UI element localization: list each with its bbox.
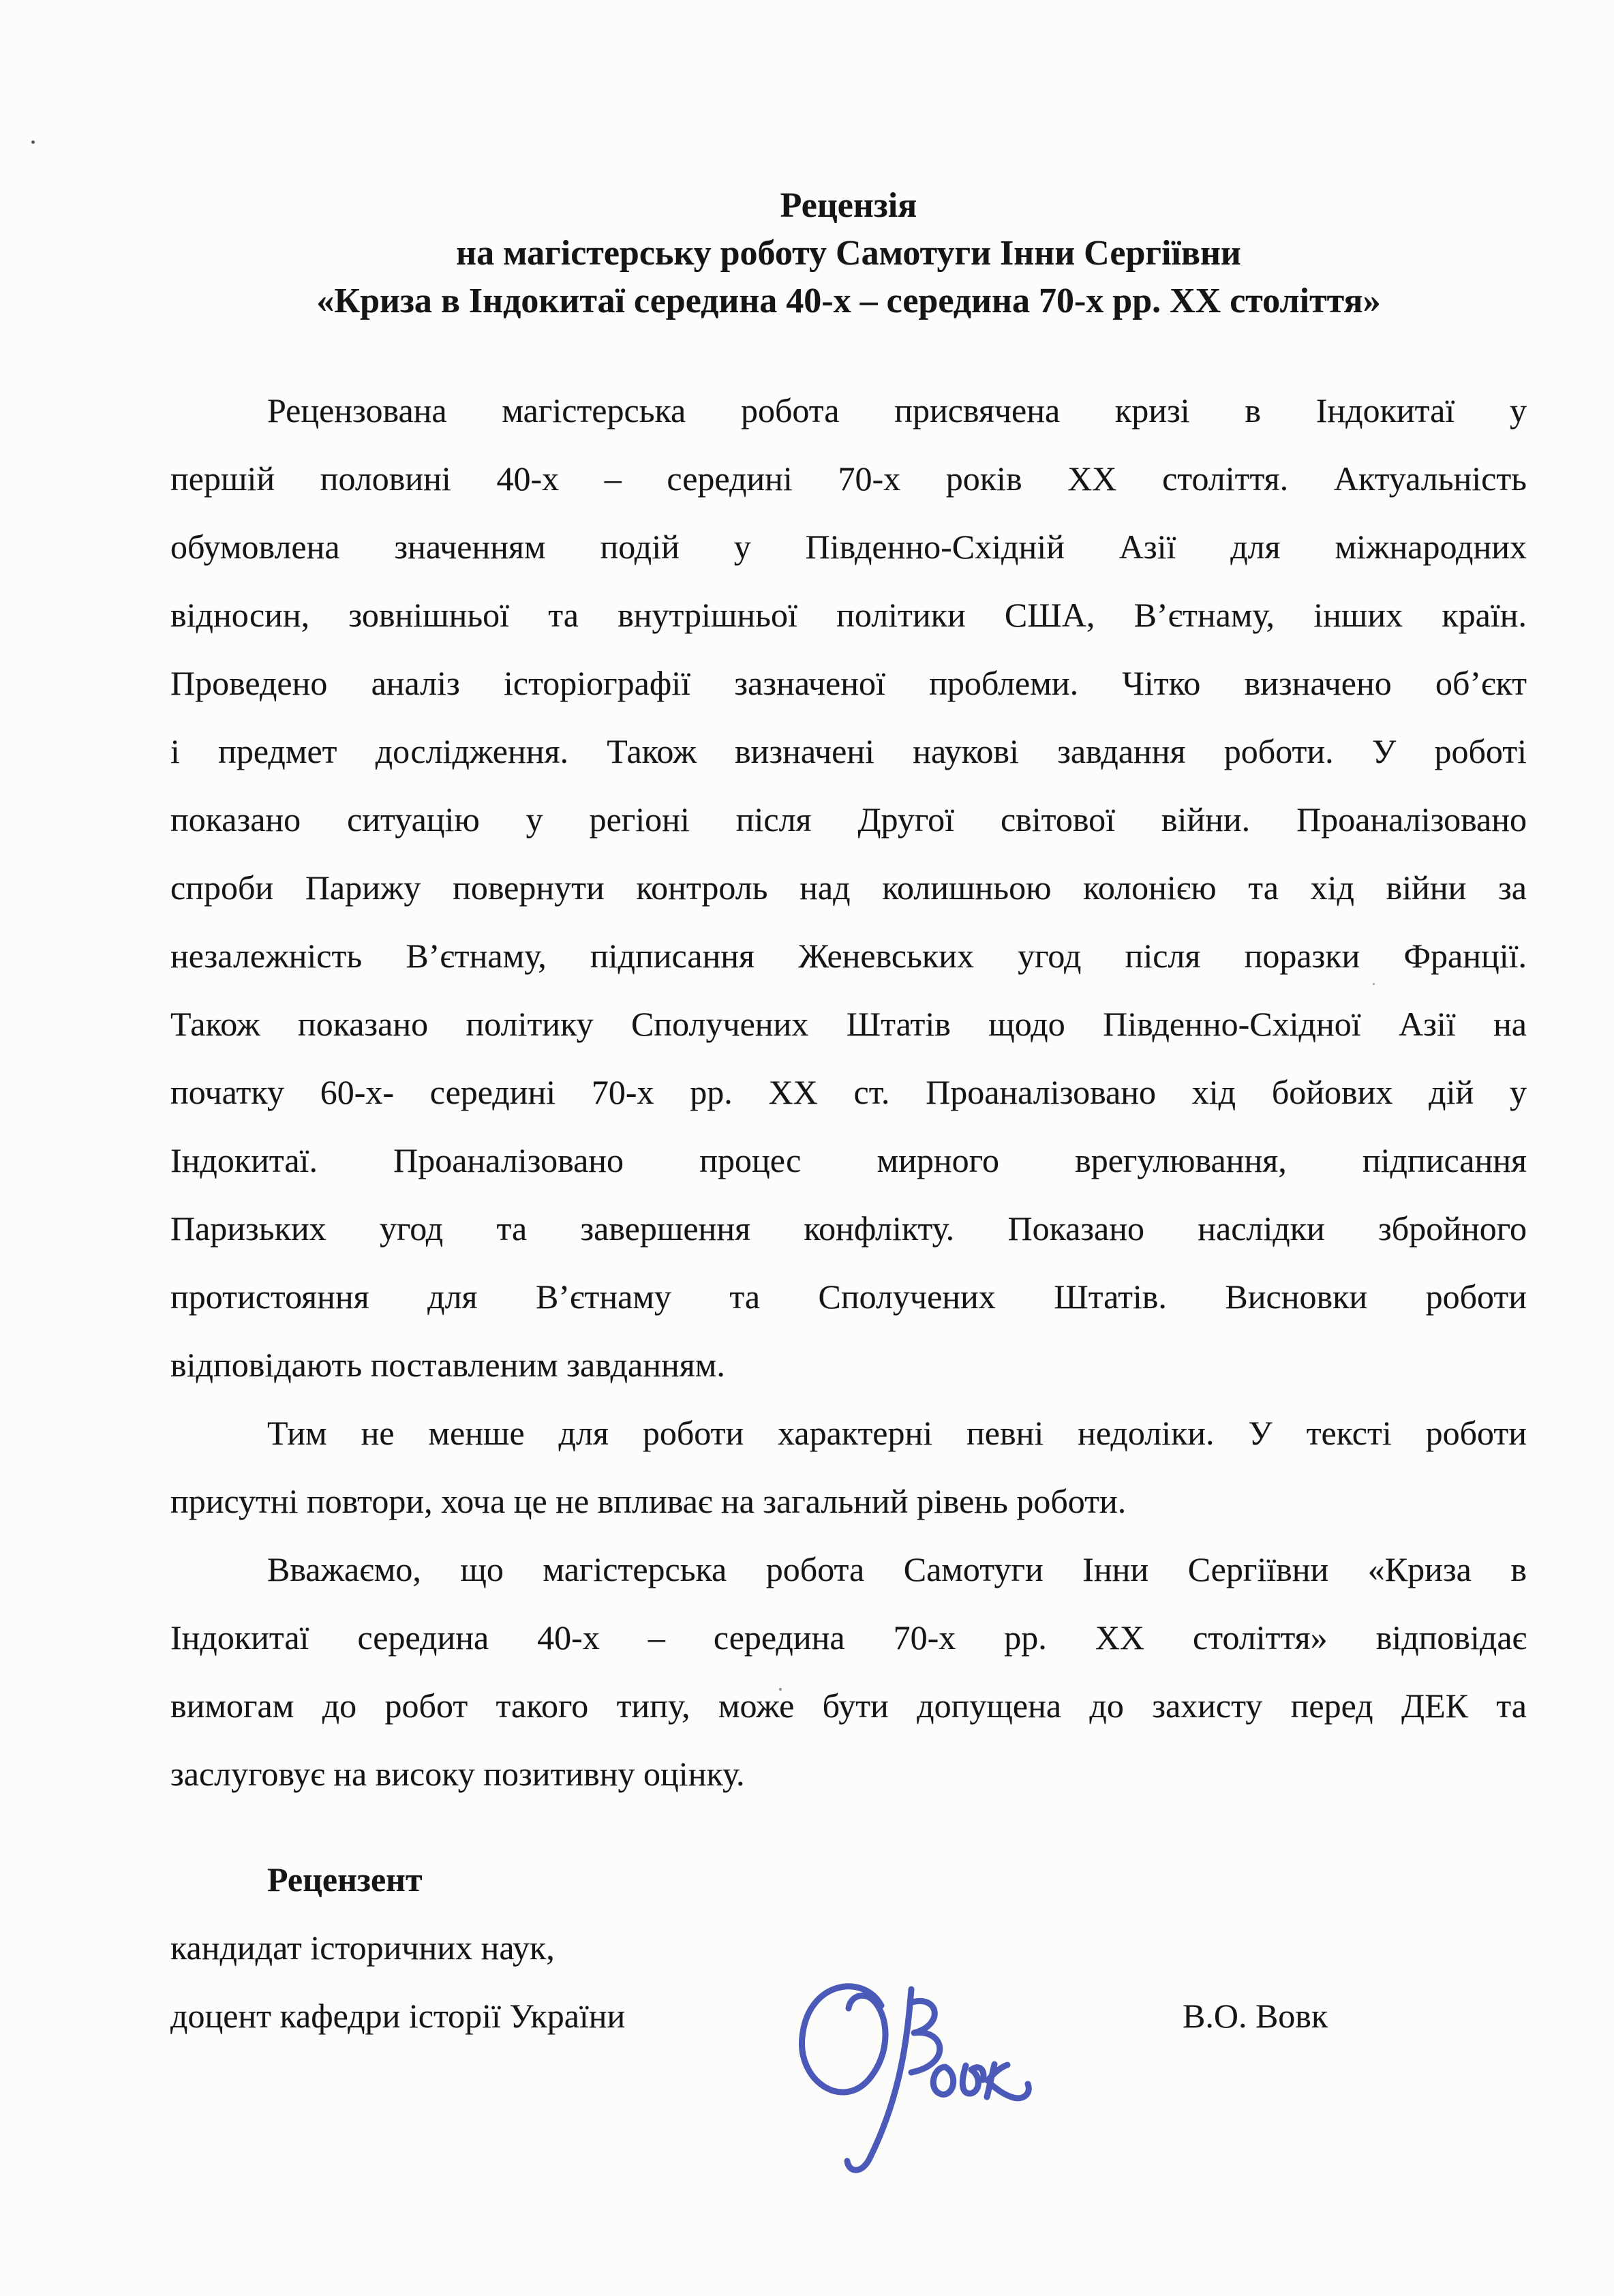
signature-stroke-k bbox=[987, 2064, 1029, 2098]
signature-stroke-b-stem bbox=[847, 1989, 911, 2170]
scan-speck bbox=[31, 140, 35, 144]
reviewer-role-label: Рецензент bbox=[170, 1845, 988, 1914]
body-text-line: вимогам до робот такого типу, може бути … bbox=[170, 1672, 1527, 1740]
body-text-line: Вважаємо, що магістерська робота Самотуг… bbox=[170, 1535, 1527, 1603]
body-text-line: Індокитаї середина 40-х – середина 70-х … bbox=[170, 1603, 1527, 1672]
document-body: Рецензована магістерська робота присвяче… bbox=[170, 376, 1527, 1808]
body-text-line: незалежність В’єтнаму, підписання Женевс… bbox=[170, 922, 1527, 990]
body-text-line: Паризьких угод та завершення конфлікту. … bbox=[170, 1194, 1527, 1263]
signature-stroke-b-bowls bbox=[910, 2001, 940, 2072]
body-text-line: Також показано політику Сполучених Штаті… bbox=[170, 990, 1527, 1058]
title-line-1: Рецензія bbox=[170, 182, 1527, 230]
body-text-line: початку 60-х- середині 70-х рр. ХХ ст. П… bbox=[170, 1058, 1527, 1126]
body-text-line: Тим не менше для роботи характерні певні… bbox=[170, 1399, 1527, 1467]
reviewer-name: В.О. Вовк bbox=[1183, 1982, 1328, 2050]
body-text-line: відповідають поставленим завданням. bbox=[170, 1331, 1527, 1399]
body-text-line: Проведено аналіз історіографії зазначено… bbox=[170, 649, 1527, 717]
body-text-line: присутні повтори, хоча це не впливає на … bbox=[170, 1467, 1527, 1535]
body-text-line: протистояння для В’єтнаму та Сполучених … bbox=[170, 1263, 1527, 1331]
document-title: Рецензія на магістерську роботу Самотуги… bbox=[170, 182, 1527, 325]
body-text-line: Індокитаї. Проаналізовано процес мирного… bbox=[170, 1126, 1527, 1194]
body-text-line: обумовлена значенням подій у Південно-Сх… bbox=[170, 513, 1527, 581]
scanned-document-page: Рецензія на магістерську роботу Самотуги… bbox=[0, 0, 1614, 2296]
signature-stroke-o bbox=[933, 2067, 953, 2094]
body-text-line: спроби Парижу повернути контроль над кол… bbox=[170, 854, 1527, 922]
document-content: Рецензія на магістерську роботу Самотуги… bbox=[170, 0, 1527, 2296]
scan-speck bbox=[1373, 983, 1375, 985]
body-text-line: першій половині 40-х – середині 70-х рок… bbox=[170, 444, 1527, 513]
signature-stroke-v bbox=[962, 2066, 984, 2094]
body-text-line: і предмет дослідження. Також визначені н… bbox=[170, 717, 1527, 785]
handwritten-signature-ink bbox=[767, 1963, 1060, 2181]
body-text-line: Рецензована магістерська робота присвяче… bbox=[170, 376, 1527, 444]
scan-speck bbox=[779, 1688, 782, 1691]
title-line-2: на магістерську роботу Самотуги Інни Сер… bbox=[170, 230, 1527, 277]
signature-stroke-oval bbox=[802, 1987, 885, 2092]
title-line-3: «Криза в Індокитаї середина 40-х – серед… bbox=[170, 277, 1527, 325]
body-text-line: відносин, зовнішньої та внутрішньої полі… bbox=[170, 581, 1527, 649]
body-text-line: заслуговує на високу позитивну оцінку. bbox=[170, 1740, 1527, 1808]
body-text-line: показано ситуацію у регіоні після Другої… bbox=[170, 785, 1527, 854]
